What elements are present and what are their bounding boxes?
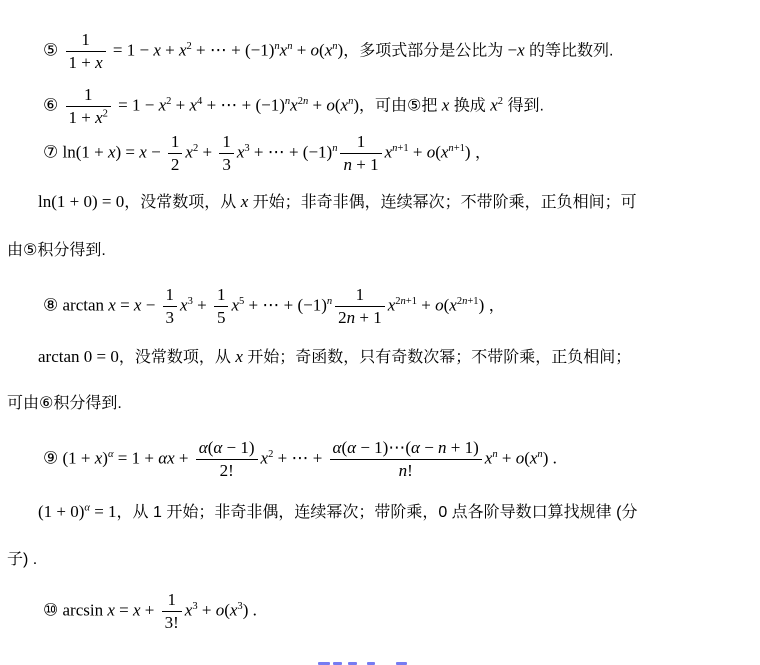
math-roman: + bbox=[141, 600, 159, 619]
math-roman: ⑩ arcsin bbox=[43, 600, 107, 619]
math-italic: x bbox=[133, 600, 141, 619]
math-roman: 1 bbox=[167, 590, 176, 609]
fraction-denominator: 1 + x bbox=[66, 51, 106, 74]
fraction-numerator: 1 bbox=[66, 29, 106, 51]
math-italic: x bbox=[517, 40, 525, 59]
cjk-text: 由⑤积分得到. bbox=[7, 242, 106, 259]
cjk-text: ，可由⑤把 bbox=[359, 97, 442, 114]
math-roman: (1 + 0) bbox=[38, 502, 84, 521]
math-roman: − bbox=[420, 438, 438, 457]
math-roman: ) . bbox=[243, 600, 257, 619]
formula-9-binomial-series: ⑨ (1 + x)α = 1 + αx + α(α − 1)2!x2 + ⋯ +… bbox=[43, 437, 557, 482]
cjk-text: ，没常数项，从 bbox=[119, 349, 235, 366]
math-italic: x bbox=[108, 295, 116, 314]
fraction-numerator: 1 bbox=[66, 84, 111, 106]
math-italic: x bbox=[341, 95, 349, 114]
math-roman: = bbox=[116, 295, 134, 314]
fraction: 13 bbox=[219, 131, 234, 176]
fraction-numerator: 1 bbox=[168, 131, 183, 153]
math-roman: 2 bbox=[103, 108, 108, 119]
math-italic: x bbox=[231, 295, 239, 314]
math-roman: 1 + bbox=[69, 108, 96, 127]
math-roman: = bbox=[115, 600, 133, 619]
fraction-numerator: α(α − 1) bbox=[196, 437, 258, 459]
math-roman: + bbox=[417, 295, 435, 314]
superscript: n bbox=[327, 296, 332, 307]
math-italic: x bbox=[95, 53, 103, 72]
cjk-text: ，多项式部分是公比为 bbox=[343, 42, 503, 59]
superscript: 2n+1 bbox=[457, 296, 479, 307]
math-roman: ⑦ ln(1 + bbox=[43, 142, 108, 161]
cjk-text: ，没常数项，从 bbox=[124, 194, 240, 211]
math-roman: ln(1 + 0) = 0 bbox=[38, 192, 124, 211]
math-italic: n bbox=[347, 308, 356, 327]
cjk-text: ， bbox=[471, 144, 491, 161]
math-roman: = 1 + bbox=[114, 448, 159, 467]
math-italic: x bbox=[153, 40, 161, 59]
math-roman: + ⋯ + (−1) bbox=[250, 142, 333, 161]
math-roman: + bbox=[171, 95, 189, 114]
math-roman: + bbox=[193, 295, 211, 314]
fraction-denominator: 2! bbox=[196, 459, 258, 482]
math-roman: 1 bbox=[356, 285, 365, 304]
formula-6-geometric-series-x-squared: ⑥ 11 + x2 = 1 − x2 + x4 + ⋯ + (−1)nx2n +… bbox=[43, 84, 544, 129]
superscript: 2n+1 bbox=[395, 296, 417, 307]
fraction: 12 bbox=[168, 131, 183, 176]
math-roman: 1 bbox=[222, 132, 231, 151]
math-italic: x bbox=[95, 108, 103, 127]
math-roman: − 1) bbox=[222, 438, 254, 457]
fraction: 12n + 1 bbox=[335, 284, 385, 329]
math-italic: α bbox=[199, 438, 208, 457]
cjk-text: 得到. bbox=[503, 97, 544, 114]
note-arctan-properties: arctan 0 = 0，没常数项，从 x 开始；奇函数，只有奇数次幂；不带阶乘… bbox=[38, 346, 631, 369]
math-roman: arctan 0 = 0 bbox=[38, 347, 119, 366]
math-italic: x bbox=[180, 295, 188, 314]
fraction-numerator: 1 bbox=[214, 284, 229, 306]
fraction: 11 + x2 bbox=[66, 84, 111, 129]
cjk-text: 可由⑥积分得到. bbox=[7, 395, 122, 412]
math-roman: + ⋯ + (−1) bbox=[192, 40, 275, 59]
math-italic: α bbox=[411, 438, 420, 457]
math-italic: α bbox=[213, 438, 222, 457]
math-roman: +1 bbox=[397, 143, 408, 154]
fraction-denominator: 3 bbox=[219, 153, 234, 176]
math-roman: +1 bbox=[406, 296, 417, 307]
note-binomial-properties-continued: 子) . bbox=[7, 548, 37, 571]
fraction-denominator: n + 1 bbox=[340, 153, 381, 176]
math-roman: + 1 bbox=[352, 155, 379, 174]
fraction: 13! bbox=[162, 589, 182, 634]
math-italic: x bbox=[185, 142, 193, 161]
math-roman: ⑧ arctan bbox=[43, 295, 108, 314]
math-roman: − bbox=[503, 40, 517, 59]
math-roman: + bbox=[175, 448, 193, 467]
math-roman: 2 bbox=[171, 155, 180, 174]
math-italic: x bbox=[290, 95, 298, 114]
formula-8-arctan-series: ⑧ arctan x = x − 13x3 + 15x5 + ⋯ + (−1)n… bbox=[43, 284, 505, 329]
fraction-denominator: 2 bbox=[168, 153, 183, 176]
superscript: 2 bbox=[103, 108, 108, 119]
math-roman: ⑤ bbox=[43, 40, 63, 59]
superscript: n bbox=[332, 143, 337, 154]
math-roman: + ⋯ + (−1) bbox=[244, 295, 327, 314]
math-roman: 1 bbox=[357, 132, 366, 151]
math-roman: 3 bbox=[222, 155, 231, 174]
math-roman: + bbox=[292, 40, 310, 59]
fraction-numerator: 1 bbox=[219, 131, 234, 153]
math-italic: x bbox=[449, 295, 457, 314]
fraction-numerator: 1 bbox=[162, 589, 182, 611]
math-italic: x bbox=[385, 142, 393, 161]
math-italic: o bbox=[311, 40, 320, 59]
superscript: 2n bbox=[298, 96, 309, 107]
cjk-text: ，从 1 开始；非奇非偶，连续幂次；带阶乘，0 点各阶导数口算找规律 (分 bbox=[117, 504, 638, 521]
math-roman: 1 bbox=[84, 85, 93, 104]
math-roman: 1 bbox=[217, 285, 226, 304]
fraction: 11 + x bbox=[66, 29, 106, 74]
fraction-numerator: 1 bbox=[163, 284, 178, 306]
fraction-denominator: 3! bbox=[162, 611, 182, 634]
math-roman: ⑨ (1 + bbox=[43, 448, 95, 467]
math-roman: 3 bbox=[166, 308, 175, 327]
math-italic: αx bbox=[158, 448, 174, 467]
math-italic: o bbox=[516, 448, 525, 467]
note-binomial-properties: (1 + 0)α = 1，从 1 开始；非奇非偶，连续幂次；带阶乘，0 点各阶导… bbox=[38, 501, 637, 524]
cjk-text: 开始；奇函数，只有奇数次幂；不带阶乘，正负相间； bbox=[243, 349, 631, 366]
cjk-text: 换成 bbox=[449, 97, 490, 114]
fraction-numerator: α(α − 1)⋯(α − n + 1) bbox=[330, 437, 482, 459]
math-roman: + ⋯ + bbox=[273, 448, 326, 467]
math-italic: x bbox=[108, 142, 116, 161]
math-roman: + ⋯ + (−1) bbox=[202, 95, 285, 114]
math-italic: x bbox=[179, 40, 187, 59]
fraction-denominator: 5 bbox=[214, 306, 229, 329]
fraction-numerator: 1 bbox=[335, 284, 385, 306]
math-roman: +1 bbox=[467, 296, 478, 307]
superscript: n+1 bbox=[448, 143, 464, 154]
math-italic: x bbox=[159, 95, 167, 114]
math-roman: ) = bbox=[116, 142, 140, 161]
math-italic: α bbox=[347, 438, 356, 457]
math-roman: + bbox=[498, 448, 516, 467]
math-italic: x bbox=[490, 95, 498, 114]
math-roman: 1 bbox=[171, 132, 180, 151]
math-italic: o bbox=[216, 600, 225, 619]
math-italic: n bbox=[332, 143, 337, 154]
math-roman: + bbox=[198, 600, 216, 619]
fraction-denominator: 3 bbox=[163, 306, 178, 329]
math-italic: o bbox=[435, 295, 444, 314]
math-roman: − 1)⋯( bbox=[356, 438, 411, 457]
formula-10-arcsin-series: ⑩ arcsin x = x + 13!x3 + o(x3) . bbox=[43, 589, 257, 634]
math-italic: n bbox=[438, 438, 447, 457]
fraction-denominator: 2n + 1 bbox=[335, 306, 385, 329]
math-roman: 1 bbox=[81, 30, 90, 49]
formula-7-ln-series: ⑦ ln(1 + x) = x − 12x2 + 13x3 + ⋯ + (−1)… bbox=[43, 131, 491, 176]
math-roman: +1 bbox=[454, 143, 465, 154]
math-roman: + 1) bbox=[447, 438, 479, 457]
math-italic: n bbox=[327, 296, 332, 307]
math-roman: = 1 − bbox=[109, 40, 154, 59]
note-arctan-properties-continued: 可由⑥积分得到. bbox=[7, 392, 122, 415]
math-roman: + bbox=[198, 142, 216, 161]
math-roman: ) . bbox=[543, 448, 557, 467]
math-roman: 2! bbox=[220, 461, 234, 480]
superscript: n+1 bbox=[392, 143, 408, 154]
cjk-text: ， bbox=[484, 297, 504, 314]
fraction: 1n + 1 bbox=[340, 131, 381, 176]
math-roman: + bbox=[308, 95, 326, 114]
math-roman: 1 + bbox=[69, 53, 96, 72]
math-italic: n bbox=[343, 155, 352, 174]
math-italic: n bbox=[399, 461, 408, 480]
cjk-text: 开始；非奇非偶，连续幂次；不带阶乘，正负相间；可 bbox=[248, 194, 636, 211]
math-italic: x bbox=[261, 448, 269, 467]
math-roman: = 1 − bbox=[114, 95, 159, 114]
math-roman: 2 bbox=[338, 308, 347, 327]
math-roman: 5 bbox=[217, 308, 226, 327]
fraction: α(α − 1)⋯(α − n + 1)n! bbox=[330, 437, 482, 482]
note-ln-properties: ln(1 + 0) = 0，没常数项，从 x 开始；非奇非偶，连续幂次；不带阶乘… bbox=[38, 191, 637, 214]
cjk-text: 的等比数列. bbox=[525, 42, 614, 59]
math-roman: 1 bbox=[166, 285, 175, 304]
math-italic: o bbox=[427, 142, 436, 161]
cjk-text: 子) . bbox=[7, 551, 37, 568]
math-roman: ! bbox=[407, 461, 413, 480]
math-italic: x bbox=[190, 95, 198, 114]
fraction: 13 bbox=[163, 284, 178, 329]
note-ln-properties-continued: 由⑤积分得到. bbox=[7, 239, 106, 262]
document-page: ⑤ 11 + x = 1 − x + x2 + ⋯ + (−1)nxn + o(… bbox=[0, 0, 760, 665]
fraction-denominator: 1 + x2 bbox=[66, 106, 111, 129]
math-roman: ⑥ bbox=[43, 95, 63, 114]
math-italic: x bbox=[235, 347, 243, 366]
math-roman: 3! bbox=[165, 613, 179, 632]
fraction: 15 bbox=[214, 284, 229, 329]
math-italic: o bbox=[326, 95, 335, 114]
fraction-denominator: n! bbox=[330, 459, 482, 482]
formula-5-geometric-series: ⑤ 11 + x = 1 − x + x2 + ⋯ + (−1)nxn + o(… bbox=[43, 29, 614, 74]
fraction: α(α − 1)2! bbox=[196, 437, 258, 482]
fraction-numerator: 1 bbox=[340, 131, 381, 153]
math-italic: x bbox=[139, 142, 147, 161]
math-roman: + bbox=[409, 142, 427, 161]
math-roman: + 1 bbox=[355, 308, 382, 327]
math-roman: + bbox=[161, 40, 179, 59]
math-roman: = 1 bbox=[90, 502, 117, 521]
math-italic: x bbox=[107, 600, 115, 619]
math-roman: − bbox=[141, 295, 159, 314]
math-roman: − bbox=[147, 142, 165, 161]
